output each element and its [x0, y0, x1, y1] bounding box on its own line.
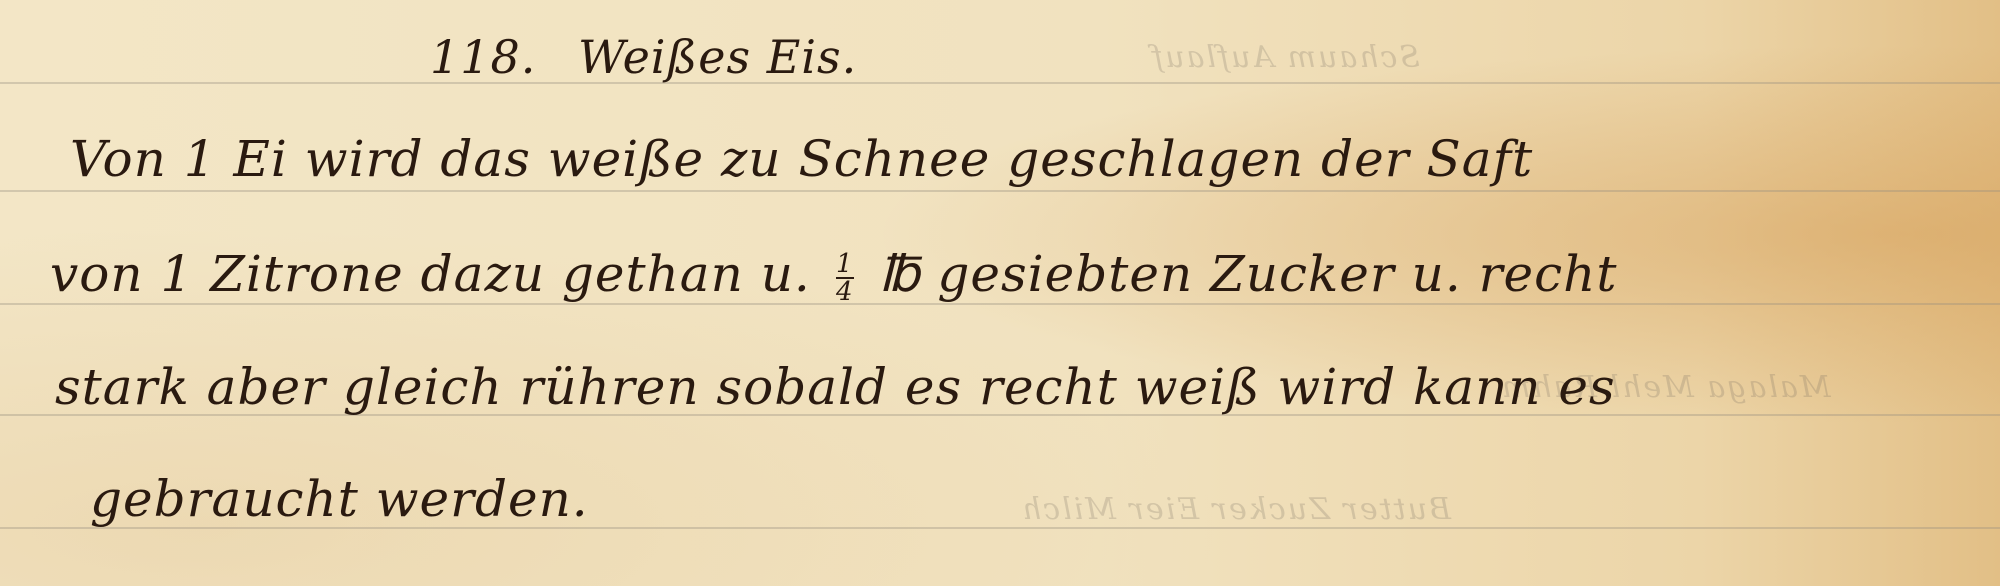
- recipe-line-2-text: von 1 Zitrone dazu gethan u.: [50, 245, 811, 303]
- recipe-number: 118.: [430, 30, 536, 84]
- ruled-line: [0, 82, 2000, 84]
- fraction-denominator: 4: [836, 279, 854, 305]
- ruled-line: [0, 190, 2000, 192]
- recipe-line-1: Von 1 Ei wird das weiße zu Schnee geschl…: [70, 130, 1533, 188]
- recipe-heading: 118. Weißes Eis.: [430, 30, 857, 84]
- manuscript-page: Schaum Auflauf Malaga Mehl Rahm Butter Z…: [0, 0, 2000, 586]
- fraction: 1 4: [836, 251, 854, 305]
- recipe-line-2: von 1 Zitrone dazu gethan u. 1 4 ℔ gesie…: [50, 245, 1617, 305]
- bleed-through-text: Butter Zucker Eier Milch: [1020, 492, 1451, 527]
- recipe-line-2-continuation: ℔ gesiebten Zucker u. recht: [879, 245, 1618, 303]
- recipe-line-4: gebraucht werden.: [90, 470, 589, 528]
- recipe-title: Weißes Eis.: [578, 30, 857, 84]
- bleed-through-text: Schaum Auflauf: [1150, 40, 1420, 75]
- fraction-numerator: 1: [836, 251, 854, 277]
- recipe-line-3: stark aber gleich rühren sobald es recht…: [55, 358, 1616, 416]
